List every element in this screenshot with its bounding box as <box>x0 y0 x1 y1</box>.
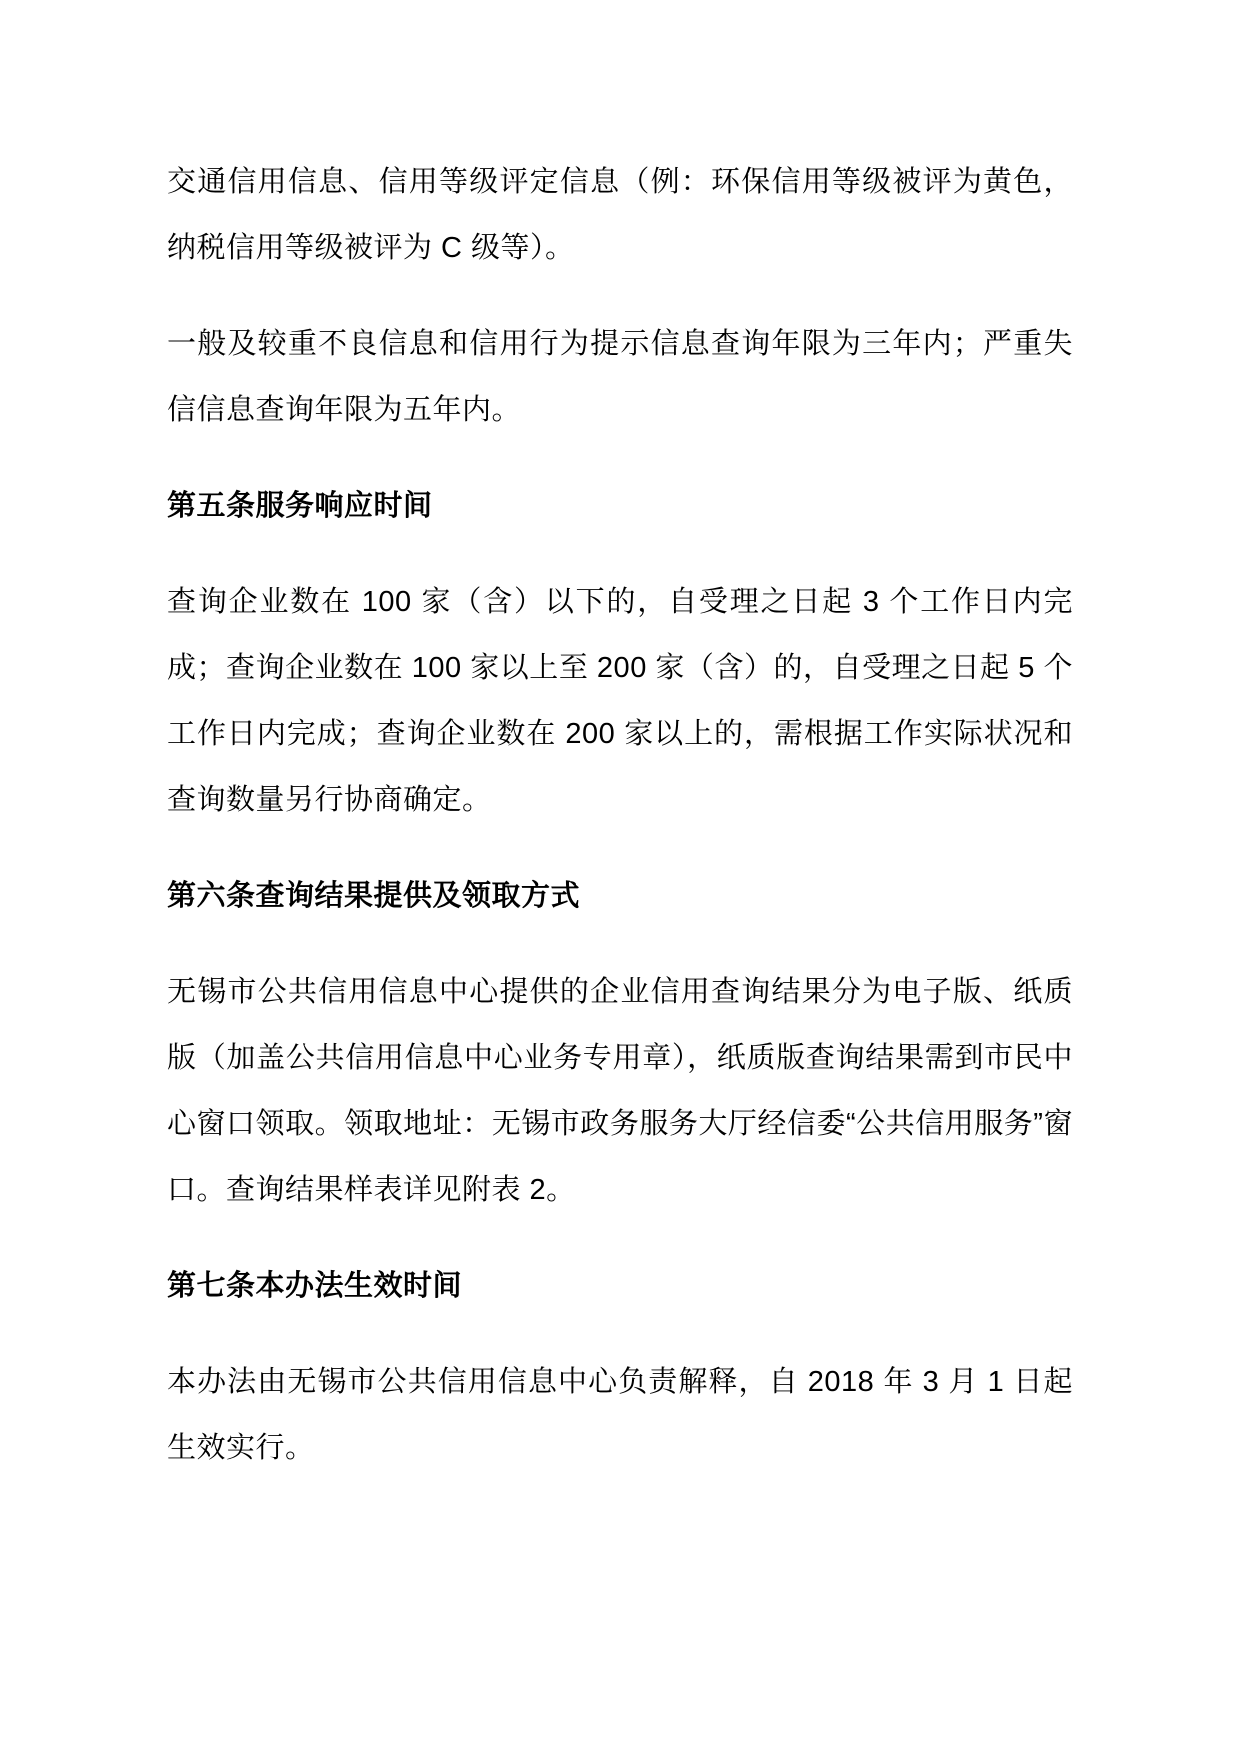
section-heading-article-7: 第七条本办法生效时间 <box>167 1253 1073 1319</box>
body-paragraph-query-year-limits: 一般及较重不良信息和信用行为提示信息查询年限为三年内；严重失信信息查询年限为五年… <box>167 311 1073 443</box>
page-content: 交通信用信息、信用等级评定信息（例：环保信用等级被评为黄色，纳税信用等级被评为 … <box>167 149 1073 1481</box>
document-page: 交通信用信息、信用等级评定信息（例：环保信用等级被评为黄色，纳税信用等级被评为 … <box>0 0 1241 1754</box>
body-paragraph-response-time: 查询企业数在 100 家（含）以下的，自受理之日起 3 个工作日内完成；查询企业… <box>167 569 1073 833</box>
body-paragraph-credit-rating-info: 交通信用信息、信用等级评定信息（例：环保信用等级被评为黄色，纳税信用等级被评为 … <box>167 149 1073 281</box>
section-heading-article-6: 第六条查询结果提供及领取方式 <box>167 863 1073 929</box>
body-paragraph-result-delivery: 无锡市公共信用信息中心提供的企业信用查询结果分为电子版、纸质版（加盖公共信用信息… <box>167 959 1073 1223</box>
body-paragraph-effective-date: 本办法由无锡市公共信用信息中心负责解释，自 2018 年 3 月 1 日起生效实… <box>167 1349 1073 1481</box>
section-heading-article-5: 第五条服务响应时间 <box>167 473 1073 539</box>
